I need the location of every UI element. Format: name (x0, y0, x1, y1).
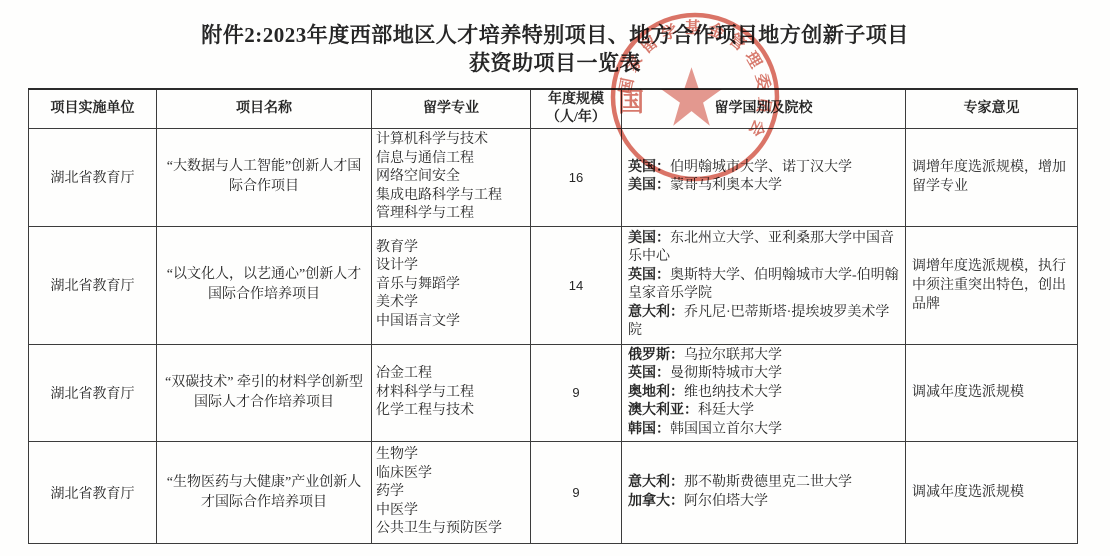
destination-country: 英国： (628, 366, 670, 381)
major-item: 生物学 (376, 446, 528, 465)
column-header-country-school: 留学国别及院校 (622, 89, 906, 129)
column-header-expert-opinion: 专家意见 (906, 89, 1078, 129)
projects-table: 项目实施单位 项目名称 留学专业 年度规模 （人/年） 留学国别及院校 专家意见… (28, 88, 1078, 544)
major-item: 中国语言文学 (376, 313, 528, 332)
major-item: 药学 (376, 483, 528, 502)
cell-destinations: 英国：伯明翰城市大学、诺丁汉大学 美国：蒙哥马利奥本大学 (622, 129, 906, 227)
destination-item: 意大利：那不勒斯费德里克二世大学 (628, 474, 901, 493)
cell-annual-scale: 16 (531, 129, 622, 227)
cell-majors: 教育学 设计学 音乐与舞蹈学 美术学 中国语言文学 (372, 226, 531, 344)
destination-item: 英国：曼彻斯特城市大学 (628, 365, 901, 384)
major-item: 教育学 (376, 239, 528, 258)
destination-country: 奥地利： (628, 385, 684, 400)
column-header-unit: 项目实施单位 (29, 89, 157, 129)
destination-item: 英国：伯明翰城市大学、诺丁汉大学 (628, 159, 901, 178)
cell-expert-opinion: 调减年度选派规模 (906, 442, 1078, 544)
table-header-row: 项目实施单位 项目名称 留学专业 年度规模 （人/年） 留学国别及院校 专家意见 (29, 89, 1078, 129)
major-item: 冶金工程 (376, 365, 528, 384)
cell-majors: 生物学 临床医学 药学 中医学 公共卫生与预防医学 (372, 442, 531, 544)
major-item: 计算机科学与技术 (376, 131, 528, 150)
cell-annual-scale: 14 (531, 226, 622, 344)
table-row: 湖北省教育厅 “以文化人，以艺通心”创新人才国际合作培养项目 教育学 设计学 音… (29, 226, 1078, 344)
cell-destinations: 俄罗斯：乌拉尔联邦大学 英国：曼彻斯特城市大学 奥地利：维也纳技术大学 澳大利亚… (622, 344, 906, 442)
document-page: 附件2:2023年度西部地区人才培养特别项目、地方合作项目地方创新子项目 获资助… (0, 0, 1110, 556)
major-item: 美术学 (376, 294, 528, 313)
major-item: 化学工程与技术 (376, 402, 528, 421)
destination-country: 意大利： (628, 475, 684, 490)
destination-item: 奥地利：维也纳技术大学 (628, 384, 901, 403)
destination-schools: 维也纳技术大学 (684, 385, 782, 400)
destination-schools: 科廷大学 (698, 403, 754, 418)
major-item: 材料科学与工程 (376, 384, 528, 403)
page-title: 附件2:2023年度西部地区人才培养特别项目、地方合作项目地方创新子项目 获资助… (0, 21, 1110, 77)
destination-country: 英国： (628, 160, 670, 175)
cell-expert-opinion: 调增年度选派规模，执行中须注重突出特色，创出品牌 (906, 226, 1078, 344)
destination-schools: 蒙哥马利奥本大学 (670, 178, 782, 193)
column-header-major: 留学专业 (372, 89, 531, 129)
cell-destinations: 美国：东北州立大学、亚利桑那大学中国音乐中心 英国：奥斯特大学、伯明翰城市大学-… (622, 226, 906, 344)
major-item: 公共卫生与预防医学 (376, 520, 528, 539)
destination-schools: 伯明翰城市大学、诺丁汉大学 (670, 160, 852, 175)
cell-majors: 冶金工程 材料科学与工程 化学工程与技术 (372, 344, 531, 442)
destination-item: 加拿大：阿尔伯塔大学 (628, 493, 901, 512)
table-row: 湖北省教育厅 “大数据与人工智能”创新人才国际合作项目 计算机科学与技术 信息与… (29, 129, 1078, 227)
major-item: 音乐与舞蹈学 (376, 276, 528, 295)
destination-country: 韩国： (628, 422, 670, 437)
cell-project-name: “以文化人，以艺通心”创新人才国际合作培养项目 (157, 226, 372, 344)
cell-expert-opinion: 调增年度选派规模，增加留学专业 (906, 129, 1078, 227)
destination-country: 澳大利亚： (628, 403, 698, 418)
destination-item: 美国：蒙哥马利奥本大学 (628, 177, 901, 196)
destination-schools: 阿尔伯塔大学 (684, 494, 768, 509)
cell-annual-scale: 9 (531, 344, 622, 442)
major-item: 管理科学与工程 (376, 205, 528, 224)
destination-country: 加拿大： (628, 494, 684, 509)
cell-unit: 湖北省教育厅 (29, 226, 157, 344)
destination-country: 英国： (628, 268, 670, 283)
cell-unit: 湖北省教育厅 (29, 344, 157, 442)
destination-country: 美国： (628, 178, 670, 193)
major-item: 设计学 (376, 257, 528, 276)
column-header-annual-scale: 年度规模 （人/年） (531, 89, 622, 129)
destination-item: 美国：东北州立大学、亚利桑那大学中国音乐中心 (628, 230, 901, 267)
destination-country: 俄罗斯： (628, 348, 684, 363)
cell-project-name: “大数据与人工智能”创新人才国际合作项目 (157, 129, 372, 227)
major-item: 集成电路科学与工程 (376, 187, 528, 206)
destination-item: 俄罗斯：乌拉尔联邦大学 (628, 347, 901, 366)
destination-schools: 乌拉尔联邦大学 (684, 348, 782, 363)
destination-schools: 那不勒斯费德里克二世大学 (684, 475, 852, 490)
major-item: 网络空间安全 (376, 168, 528, 187)
table-row: 湖北省教育厅 “生物医药与大健康”产业创新人才国际合作培养项目 生物学 临床医学… (29, 442, 1078, 544)
destination-schools: 韩国国立首尔大学 (670, 422, 782, 437)
destination-item: 英国：奥斯特大学、伯明翰城市大学-伯明翰皇家音乐学院 (628, 267, 901, 304)
page-title-line1: 附件2:2023年度西部地区人才培养特别项目、地方合作项目地方创新子项目 (0, 21, 1110, 49)
destination-item: 韩国：韩国国立首尔大学 (628, 421, 901, 440)
cell-project-name: “生物医药与大健康”产业创新人才国际合作培养项目 (157, 442, 372, 544)
cell-project-name: “双碳技术” 牵引的材料学创新型国际人才合作培养项目 (157, 344, 372, 442)
column-header-project-name: 项目名称 (157, 89, 372, 129)
cell-expert-opinion: 调减年度选派规模 (906, 344, 1078, 442)
cell-majors: 计算机科学与技术 信息与通信工程 网络空间安全 集成电路科学与工程 管理科学与工… (372, 129, 531, 227)
major-item: 信息与通信工程 (376, 150, 528, 169)
destination-item: 澳大利亚：科廷大学 (628, 402, 901, 421)
table-row: 湖北省教育厅 “双碳技术” 牵引的材料学创新型国际人才合作培养项目 冶金工程 材… (29, 344, 1078, 442)
cell-destinations: 意大利：那不勒斯费德里克二世大学 加拿大：阿尔伯塔大学 (622, 442, 906, 544)
major-item: 中医学 (376, 502, 528, 521)
destination-item: 意大利：乔凡尼·巴蒂斯塔·提埃坡罗美术学院 (628, 304, 901, 341)
cell-unit: 湖北省教育厅 (29, 129, 157, 227)
cell-annual-scale: 9 (531, 442, 622, 544)
destination-schools: 曼彻斯特城市大学 (670, 366, 782, 381)
destination-country: 意大利： (628, 305, 684, 320)
page-title-line2: 获资助项目一览表 (0, 49, 1110, 77)
cell-unit: 湖北省教育厅 (29, 442, 157, 544)
major-item: 临床医学 (376, 465, 528, 484)
destination-country: 美国： (628, 231, 670, 246)
